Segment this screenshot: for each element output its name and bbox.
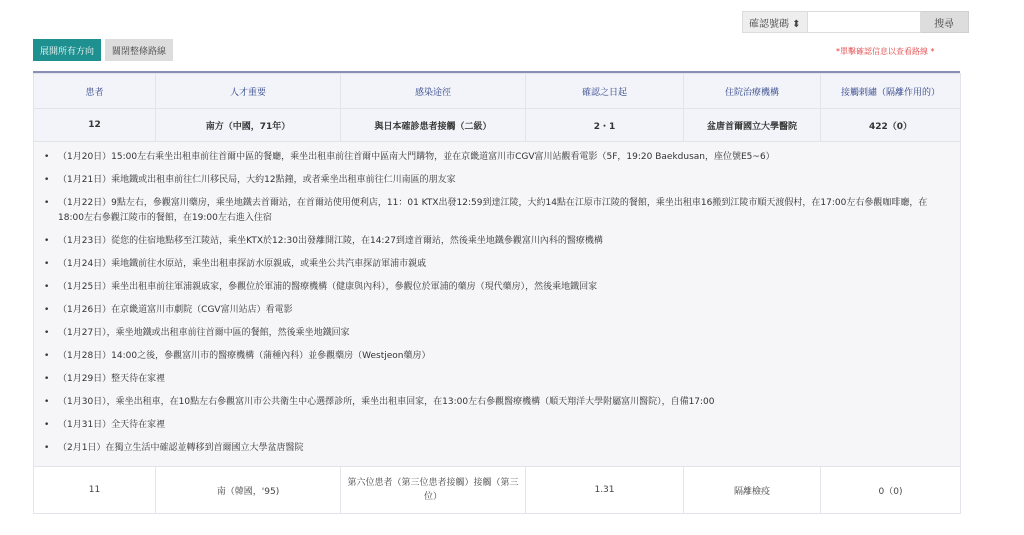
search-input[interactable] — [807, 11, 921, 33]
search-button[interactable]: 搜尋 — [921, 11, 969, 33]
patients-table: 患者 人才重要 感染途徑 確認之日起 住院治療機構 接觸剌繡（隔離作用的） 12… — [33, 71, 960, 514]
timeline-text: （1月26日）在京畿道富川市劇院（CGV富川站店）看電影 — [58, 305, 293, 315]
timeline-text: （1月27日），乘坐地鐵或出租車前往首爾中區的餐館，然後乘坐地鐵回家 — [58, 328, 350, 338]
timeline-item: •（1月23日）從您的住宿地點移至江陵站，乘坐KTX於12:30出發離開江陵，在… — [44, 234, 950, 249]
cell-contacts: 0（0) — [821, 467, 961, 514]
timeline-item: •（1月20日）15:00左右乘坐出租車前往首爾中區的餐廳，乘坐出租車前往首爾中… — [44, 150, 950, 165]
cell-contacts: 422（0） — [821, 109, 961, 142]
header-hospital: 住院治療機構 — [684, 74, 821, 109]
bullet-icon: • — [44, 280, 49, 295]
expand-all-button[interactable]: 展開所有方向 — [33, 39, 101, 61]
cell-hospital: 隔離檢疫 — [684, 467, 821, 514]
bullet-icon: • — [44, 234, 49, 249]
bullet-icon: • — [44, 349, 49, 364]
cell-confirmed-date: 2・1 — [526, 109, 684, 142]
table-header-row: 患者 人才重要 感染途徑 確認之日起 住院治療機構 接觸剌繡（隔離作用的） — [34, 74, 961, 109]
header-person: 人才重要 — [156, 74, 341, 109]
route-hint-text: *單擊確認信息以查看路線 * — [836, 46, 935, 57]
cell-patient: 11 — [34, 467, 156, 514]
bullet-icon: • — [44, 395, 49, 410]
bullet-icon: • — [44, 441, 49, 456]
cell-infection-route: 第六位患者（第三位患者接觸）接觸（第三位） — [341, 467, 526, 514]
bullet-icon: • — [44, 303, 49, 318]
header-infection-route: 感染途徑 — [341, 74, 526, 109]
confirmation-search: 確認號碼 ⬍ 搜尋 — [742, 11, 969, 33]
cell-confirmed-date: 1.31 — [526, 467, 684, 514]
route-toolbar: 展開所有方向 關閉整條路線 — [33, 39, 173, 61]
timeline-text: （1月20日）15:00左右乘坐出租車前往首爾中區的餐廳，乘坐出租車前往首爾中區… — [58, 152, 775, 162]
bullet-icon: • — [44, 173, 49, 188]
bullet-icon: • — [44, 196, 49, 211]
route-details-row: •（1月20日）15:00左右乘坐出租車前往首爾中區的餐廳，乘坐出租車前往首爾中… — [34, 142, 961, 467]
collapse-all-button[interactable]: 關閉整條路線 — [105, 39, 173, 61]
timeline-item: •（2月1日）在獨立生活中確認並轉移到首爾國立大學盆唐醫院 — [44, 441, 950, 456]
timeline-text: （2月1日）在獨立生活中確認並轉移到首爾國立大學盆唐醫院 — [58, 443, 303, 453]
timeline-text: （1月21日）乘地鐵或出租車前往仁川移民局，大約12點鐘，或者乘坐出租車前往仁川… — [58, 175, 456, 185]
timeline-text: （1月28日）14:00之後，參觀富川市的醫療機構（蒲種內科）並參觀藥房（Wes… — [58, 351, 431, 361]
table-row[interactable]: 12 南方（中國，71年） 與日本確診患者接觸（二級） 2・1 盆唐首爾國立大學… — [34, 109, 961, 142]
timeline-item: •（1月29日）整天待在家裡 — [44, 372, 950, 387]
bullet-icon: • — [44, 257, 49, 272]
timeline-text: （1月29日）整天待在家裡 — [58, 374, 165, 384]
search-type-select[interactable]: 確認號碼 ⬍ — [742, 11, 807, 33]
timeline-text: （1月23日）從您的住宿地點移至江陵站，乘坐KTX於12:30出發離開江陵，在1… — [58, 236, 603, 246]
cell-hospital: 盆唐首爾國立大學醫院 — [684, 109, 821, 142]
timeline-item: •（1月30日），乘坐出租車，在10點左右參觀富川市公共衛生中心選擇診所，乘坐出… — [44, 395, 950, 410]
timeline-item: •（1月26日）在京畿道富川市劇院（CGV富川站店）看電影 — [44, 303, 950, 318]
timeline-text: （1月22日）9點左右，參觀富川藥房，乘坐地鐵去首爾站，在首爾站使用便利店，11… — [58, 198, 927, 223]
timeline-text: （1月24日）乘地鐵前往水原站，乘坐出租車探訪水原親戚，或乘坐公共汽車探訪軍浦市… — [58, 259, 426, 269]
timeline-item: •（1月24日）乘地鐵前往水原站，乘坐出租車探訪水原親戚，或乘坐公共汽車探訪軍浦… — [44, 257, 950, 272]
bullet-icon: • — [44, 150, 49, 165]
timeline-text: （1月31日）全天待在家裡 — [58, 420, 165, 430]
table-row[interactable]: 11 南（韓國，'95) 第六位患者（第三位患者接觸）接觸（第三位） 1.31 … — [34, 467, 961, 514]
timeline-item: •（1月21日）乘地鐵或出租車前往仁川移民局，大約12點鐘，或者乘坐出租車前往仁… — [44, 173, 950, 188]
timeline-item: •（1月27日），乘坐地鐵或出租車前往首爾中區的餐館，然後乘坐地鐵回家 — [44, 326, 950, 341]
cell-person: 南（韓國，'95) — [156, 467, 341, 514]
timeline-text: （1月25日）乘坐出租車前往軍浦親戚家，參觀位於軍浦的醫療機構（健康與內科），參… — [58, 282, 597, 292]
route-timeline: •（1月20日）15:00左右乘坐出租車前往首爾中區的餐廳，乘坐出租車前往首爾中… — [44, 150, 950, 456]
timeline-text: （1月30日），乘坐出租車，在10點左右參觀富川市公共衛生中心選擇診所，乘坐出租… — [58, 397, 715, 407]
timeline-item: •（1月28日）14:00之後，參觀富川市的醫療機構（蒲種內科）並參觀藥房（We… — [44, 349, 950, 364]
route-details: •（1月20日）15:00左右乘坐出租車前往首爾中區的餐廳，乘坐出租車前往首爾中… — [34, 142, 961, 467]
timeline-item: •（1月25日）乘坐出租車前往軍浦親戚家，參觀位於軍浦的醫療機構（健康與內科），… — [44, 280, 950, 295]
timeline-item: •（1月22日）9點左右，參觀富川藥房，乘坐地鐵去首爾站，在首爾站使用便利店，1… — [44, 196, 950, 226]
cell-person: 南方（中國，71年） — [156, 109, 341, 142]
bullet-icon: • — [44, 326, 49, 341]
timeline-item: •（1月31日）全天待在家裡 — [44, 418, 950, 433]
bullet-icon: • — [44, 418, 49, 433]
cell-patient: 12 — [34, 109, 156, 142]
header-confirmed-date: 確認之日起 — [526, 74, 684, 109]
header-contacts: 接觸剌繡（隔離作用的） — [821, 74, 961, 109]
header-patient: 患者 — [34, 74, 156, 109]
bullet-icon: • — [44, 372, 49, 387]
cell-infection-route: 與日本確診患者接觸（二級） — [341, 109, 526, 142]
